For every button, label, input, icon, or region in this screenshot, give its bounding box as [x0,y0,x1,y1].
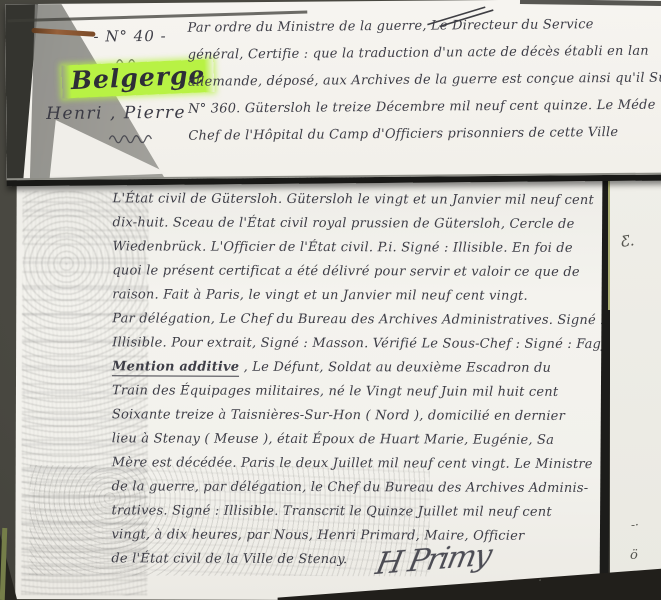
handwritten-line: vingt, à dix heures, par Nous, Henri Pri… [111,527,611,553]
handwritten-line: de l'État civil de la Ville de Stenay. [111,551,611,577]
handwritten-line: dix-huit. Sceau de l'État civil royal pr… [113,215,613,241]
handwritten-line: Mention additive , Le Défunt, Soldat au … [112,359,612,385]
handwritten-line: tratives. Signé : Illisible. Transcrit l… [111,503,611,529]
handwritten-line: Par ordre du Ministre de la guerre, Le D… [187,17,661,48]
handwritten-line: Train des Équipages militaires, né le Vi… [112,383,612,409]
handwritten-line: raison. Fait à Paris, le vingt et un Jan… [112,287,612,313]
handwritten-line: Chef de l'Hôpital du Camp d'Officiers pr… [188,125,661,156]
act-number: - N° 40 - [93,27,166,46]
handwritten-line: Wiedenbrück. L'Officier de l'État civil.… [112,239,612,265]
certificate-text: Par ordre du Ministre de la guerre, Le D… [187,17,661,156]
certificate-header-slip: - N° 40 - Belgerge Henri , Pierre Par or… [5,0,661,186]
handwritten-line: L'État civil de Gütersloh. Gütersloh le … [113,191,613,217]
pencil-mark-dot: . [538,570,542,585]
handwritten-line: Illisible. Pour extrait, Signé : Masson.… [112,335,612,361]
photo-of-archival-document: L'extrait ci-dessous est conçu ainsi qu'… [0,0,661,600]
handwritten-line: Mère est décédée. Paris le deux Juillet … [112,455,612,481]
pencil-mark-dash: -· [631,518,639,532]
page-edge-highlight [608,178,610,310]
handwritten-line: N° 360. Gütersloh le treize Décembre mil… [188,98,661,129]
handwritten-line: général, Certifie : que la traduction d'… [188,44,661,75]
handwritten-line: Soixante treize à Taisnières-Sur-Hon ( N… [112,407,612,433]
pencil-mark-curl: Ƹ. [620,231,636,251]
given-names: Henri , Pierre [46,103,186,124]
handwritten-line: de la guerre, par délégation, le Chef du… [112,479,612,505]
pencil-mark-o: ö [630,548,638,563]
folder-edge-sliver [0,528,7,600]
handwritten-line: quoi le présent certificat a été délivré… [112,263,612,289]
transcription-body: L'État civil de Gütersloh. Gütersloh le … [111,191,612,577]
handwritten-line: lieu à Stenay ( Meuse ), était Époux de … [112,431,612,457]
handwritten-line: Par délégation, Le Chef du Bureau des Ar… [112,311,612,337]
main-document-page: L'extrait ci-dessous est conçu ainsi qu'… [15,165,605,600]
handwritten-line: allemande, déposé, aux Archives de la gu… [188,71,661,102]
flourish-squiggle-long [108,131,152,143]
